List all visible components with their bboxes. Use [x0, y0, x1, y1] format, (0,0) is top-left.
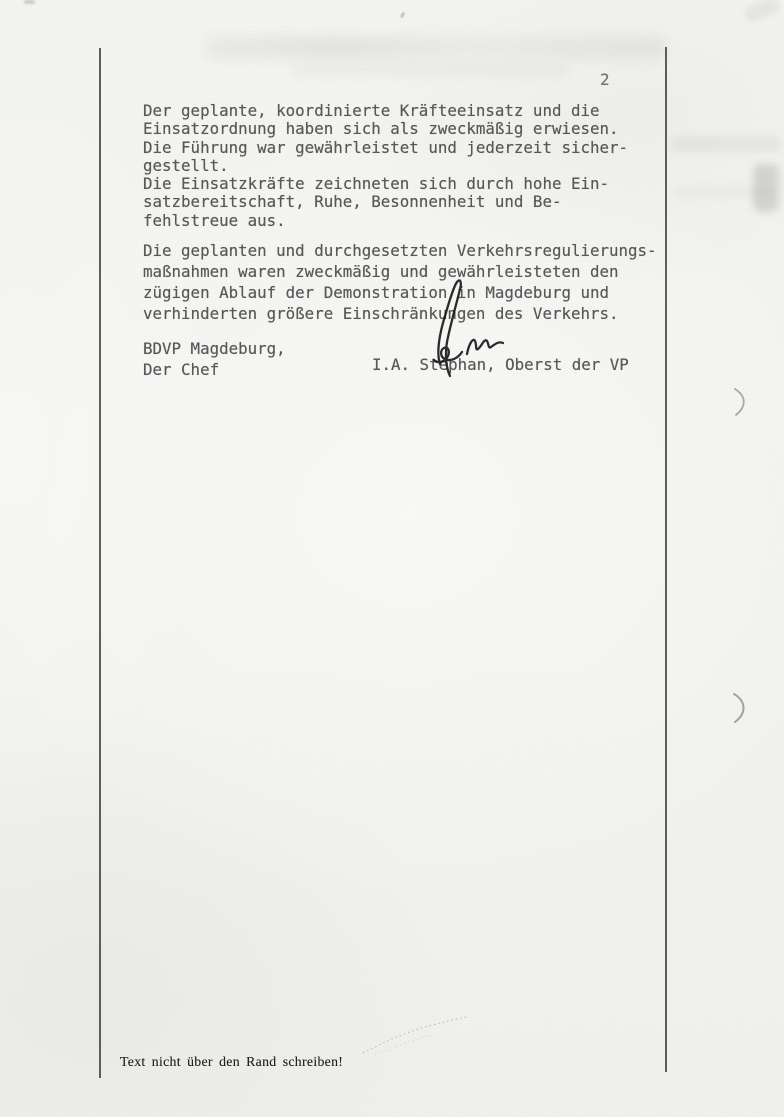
handwritten-signature	[412, 274, 512, 378]
signoff-role: Der Chef	[143, 360, 219, 379]
bleedthrough-band	[670, 136, 782, 152]
right-margin-rule	[665, 47, 667, 1072]
bleedthrough-subline-smudge	[292, 64, 568, 76]
corner-scan-artifact	[742, 0, 781, 24]
signoff-organization: BDVP Magdeburg,	[143, 339, 286, 358]
bleedthrough-headline-smudge	[205, 36, 665, 59]
form-footer-instruction: Text nicht über den Rand schreiben!	[120, 1054, 343, 1070]
paper-speck	[400, 12, 405, 19]
top-edge-artifact	[24, 0, 35, 4]
faint-pencil-scribble	[355, 1005, 475, 1060]
right-edge-ink-streak	[753, 164, 779, 212]
bleedthrough-band	[672, 186, 772, 198]
paragraph-forces-assessment: Der geplante, koordinierte Kräfteeinsatz…	[143, 102, 628, 230]
margin-parenthesis-mark	[731, 386, 753, 418]
scanned-document-page: 2 Der geplante, koordinierte Kräfteeinsa…	[0, 0, 784, 1117]
left-margin-rule	[99, 48, 101, 1078]
paragraph-traffic-measures: Die geplanten und durchgesetzten Verkehr…	[143, 240, 657, 324]
margin-parenthesis-mark	[729, 691, 753, 725]
page-number: 2	[600, 70, 610, 89]
